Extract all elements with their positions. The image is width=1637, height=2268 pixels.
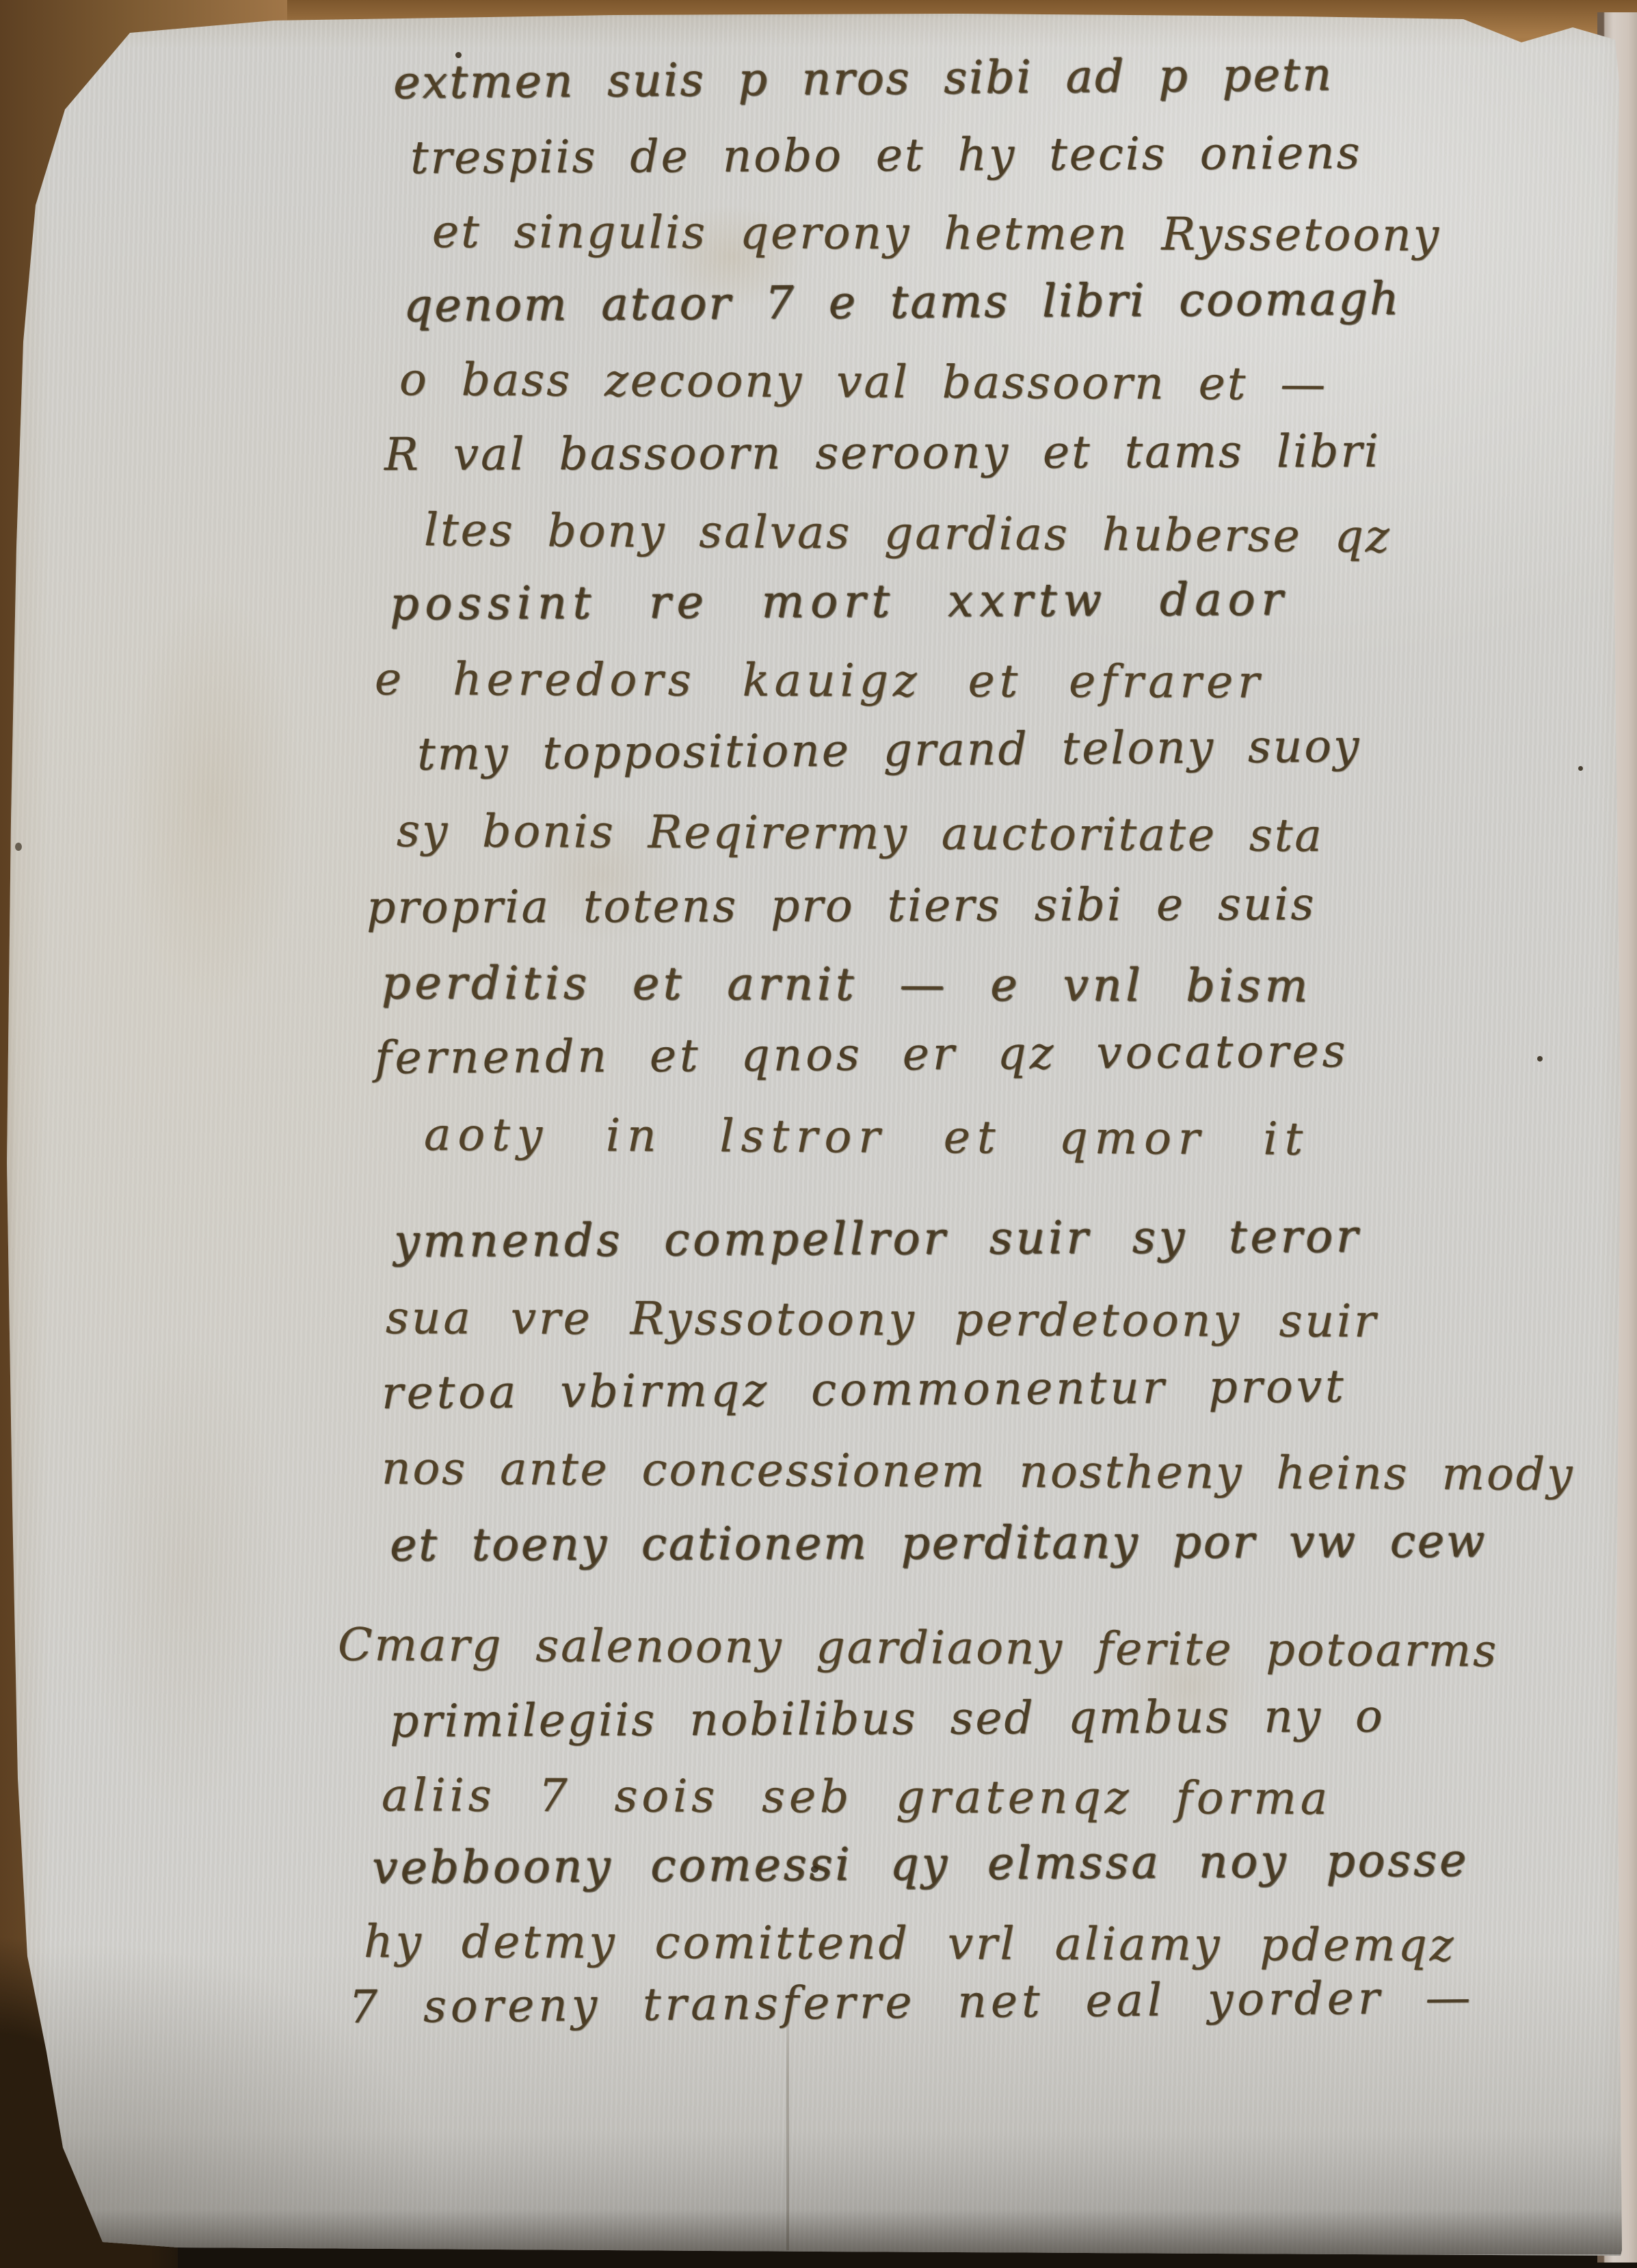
manuscript-line: et singulis qerony hetmen Ryssetoony <box>432 209 1441 258</box>
manuscript-line: sua vre Ryssotoony perdetoony suir <box>386 1295 1379 1344</box>
manuscript-line: ymnends compellror suir sy teror <box>394 1214 1361 1264</box>
paper-sheet: extmen suis p nros sibi ad p petn trespi… <box>0 0 1637 2268</box>
manuscript-line: aoty in lstror et qmor it <box>424 1112 1309 1162</box>
manuscript-line: Cmarg salenoony gardiaony ferite potoarm… <box>338 1622 1498 1674</box>
manuscript-line: vebboony comessi qy elmssa noy posse <box>372 1838 1469 1890</box>
ink-speck <box>811 1866 818 1873</box>
manuscript-line: qenom ataor 7 e tams libri coomagh <box>403 276 1401 328</box>
ink-speck <box>455 52 462 58</box>
ink-speck <box>1537 1056 1543 1062</box>
manuscript-line: retoa vbirmqz commonentur provt <box>382 1364 1347 1416</box>
manuscript-line: 7 soreny transferre net eal yorder — <box>349 1975 1475 2030</box>
manuscript-line: sy bonis Reqirermy auctoritate sta <box>397 808 1324 858</box>
bottom-edge-shadow <box>41 2209 1627 2254</box>
manuscript-line: e heredors kauigz et efrarer <box>375 657 1264 705</box>
manuscript-line: o bass zecoony val bassoorn et — <box>399 357 1328 407</box>
manuscript-line: primilegiis nobilibus sed qmbus ny o <box>390 1693 1385 1744</box>
manuscript-line: fernendn et qnos er qz vocatores <box>375 1029 1349 1081</box>
manuscript-line: possint re mort xxrtw daor <box>390 577 1289 627</box>
ink-speck <box>15 843 22 851</box>
manuscript-line: tmy toppositione grand telony suoy <box>417 724 1361 777</box>
manuscript-line: ltes bony salvas gardias huberse qz <box>424 507 1392 559</box>
manuscript-line: et toeny cationem perditany por vw cew <box>390 1518 1487 1568</box>
stain <box>123 588 301 1012</box>
manuscript-line: nos ante concessionem nostheny heins mod… <box>382 1446 1575 1497</box>
manuscript-line: R val bassoorn seroony et tams libri <box>384 429 1381 477</box>
manuscript-line: extmen suis p nros sibi ad p petn <box>393 52 1333 105</box>
manuscript-line: perditis et arnit — e vnl bism <box>382 960 1312 1009</box>
manuscript-photo: { "photo": { "subject": "handwritten man… <box>0 0 1637 2268</box>
stain <box>82 1334 287 1812</box>
manuscript-line: hy detmy comittend vrl aliamy pdemqz <box>364 1919 1456 1968</box>
manuscript-line: propria totens pro tiers sibi e suis <box>367 882 1316 930</box>
ink-speck <box>1578 766 1583 771</box>
manuscript-line: aliis 7 sois seb gratenqz forma <box>382 1773 1331 1821</box>
manuscript-line: trespiis de nobo et hy tecis oniens <box>410 131 1362 181</box>
